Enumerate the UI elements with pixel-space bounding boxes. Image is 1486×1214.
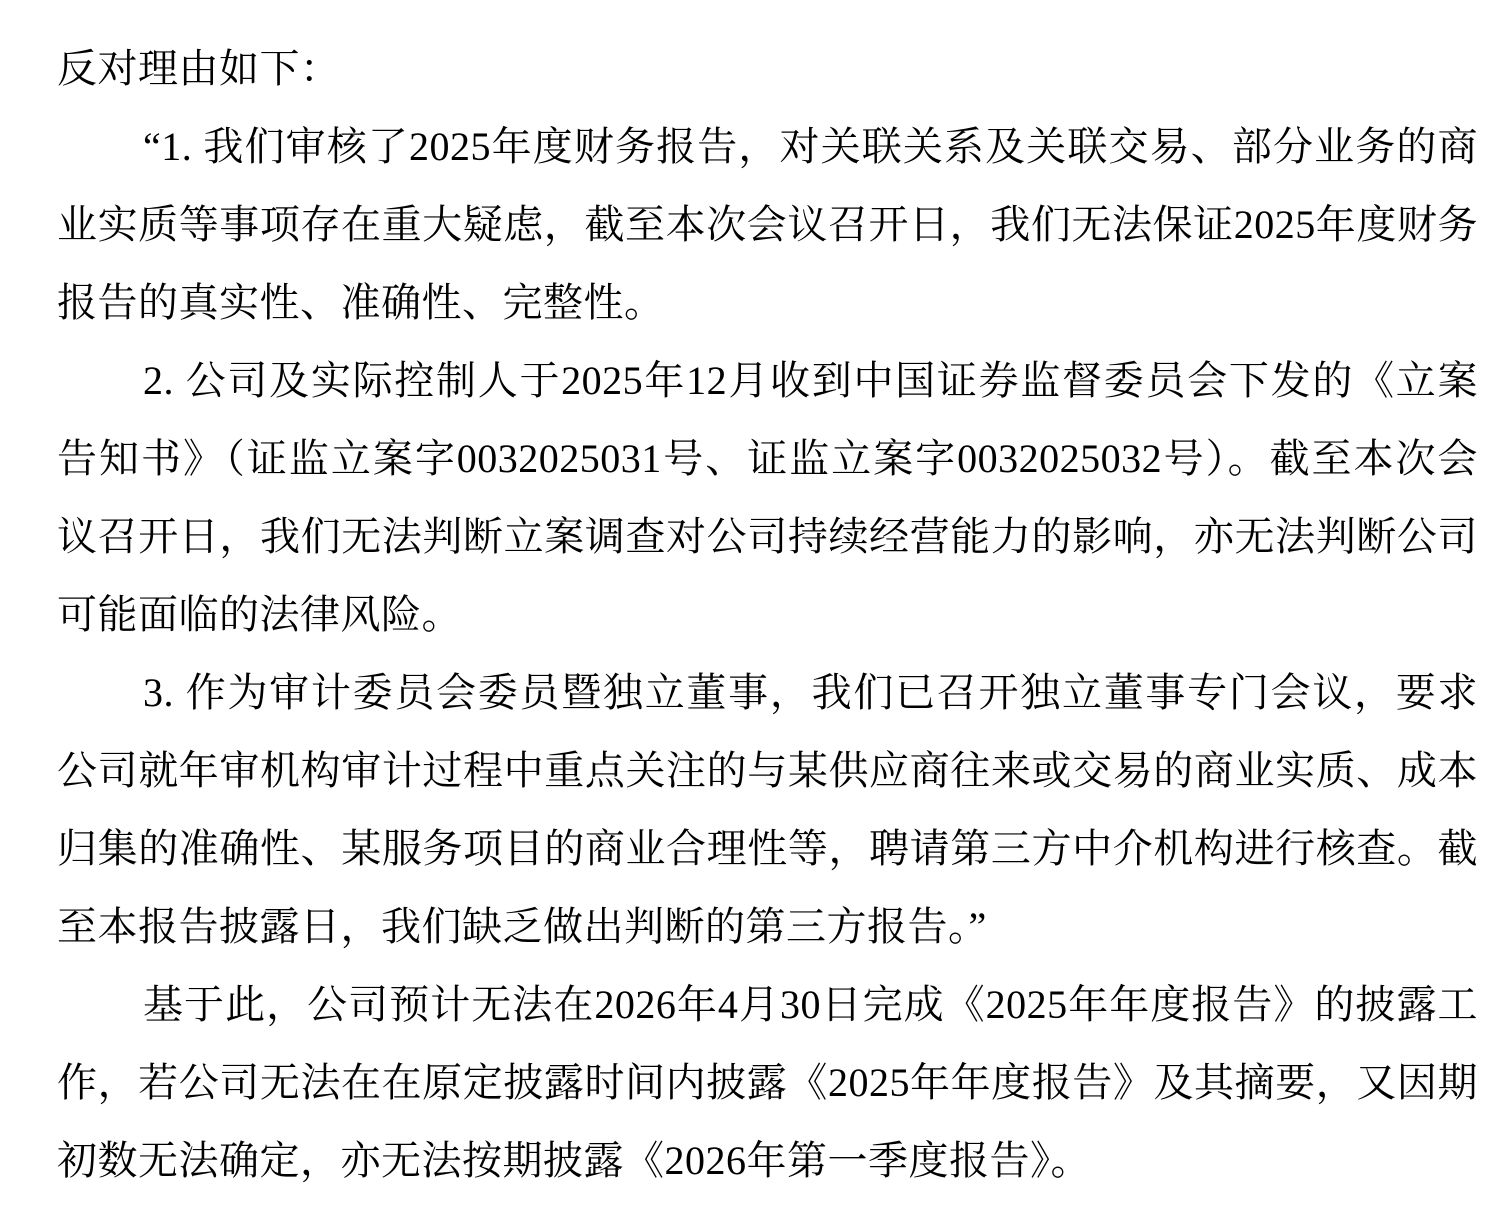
document-page: 反对理由如下： “1. 我们审核了2025年度财务报告，对关联关系及关联交易、部… <box>0 0 1486 1214</box>
paragraph-opinion-2: 2. 公司及实际控制人于2025年12月收到中国证券监督委员会下发的《立案告知书… <box>57 342 1478 654</box>
paragraph-opinion-3: 3. 作为审计委员会委员暨独立董事，我们已召开独立董事专门会议，要求公司就年审机… <box>57 654 1478 966</box>
paragraph-conclusion: 基于此，公司预计无法在2026年4月30日完成《2025年年度报告》的披露工作，… <box>57 966 1478 1200</box>
paragraph-opinion-1: “1. 我们审核了2025年度财务报告，对关联关系及关联交易、部分业务的商业实质… <box>57 108 1478 342</box>
intro-line: 反对理由如下： <box>57 30 1478 108</box>
